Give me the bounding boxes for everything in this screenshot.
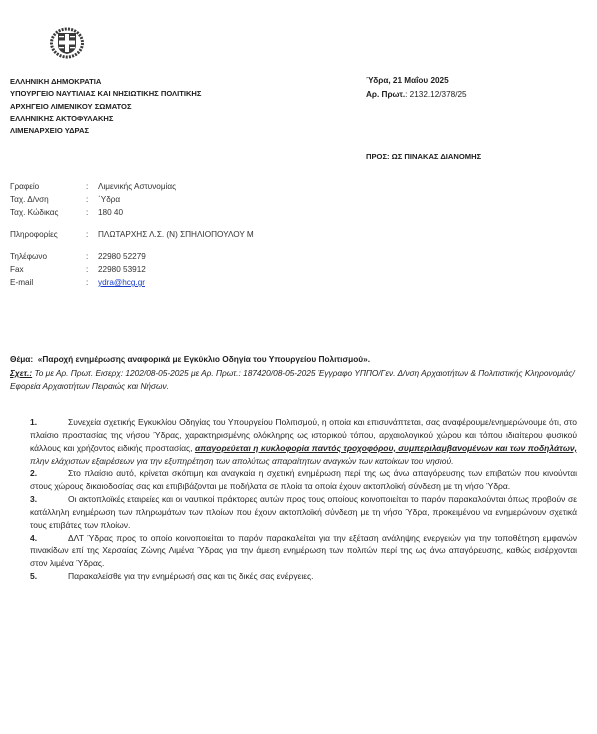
info-label: Πληροφορίες	[10, 228, 86, 241]
subject-line: Θέμα: «Παροχή ενημέρωσης αναφορικά με Εγ…	[10, 353, 590, 367]
info-label: Ταχ. Δ/νση	[10, 193, 86, 206]
info-label: Ταχ. Κώδικας	[10, 206, 86, 219]
info-row-fax: Fax : 22980 53912	[10, 263, 254, 276]
info-label: Τηλέφωνο	[10, 250, 86, 263]
sender-line: ΕΛΛΗΝΙΚΗ ΔΗΜΟΚΡΑΤΙΑ	[10, 76, 201, 88]
info-row-office: Γραφείο : Λιμενικής Αστυνομίας	[10, 180, 254, 193]
paragraph-number: 5.	[30, 570, 68, 583]
paragraph-number: 3.	[30, 493, 68, 506]
info-row-phone: Τηλέφωνο : 22980 52279	[10, 250, 254, 263]
info-separator: :	[86, 228, 98, 241]
paragraph-5: 5.Παρακαλείσθε για την ενημέρωσή σας και…	[30, 570, 577, 583]
paragraph-emphasis: απαγορεύεται η κυκλοφορία παντός τροχοφό…	[195, 443, 577, 453]
paragraph-number: 2.	[30, 467, 68, 480]
paragraph-text-italic: πλην ελάχιστων εξαιρέσεων για την εξυπηρ…	[30, 456, 454, 466]
info-value: 22980 53912	[98, 263, 146, 276]
protocol-value: : 2132.12/378/25	[405, 90, 466, 99]
contact-info: Γραφείο : Λιμενικής Αστυνομίας Ταχ. Δ/νσ…	[10, 180, 254, 289]
sender-block: ΕΛΛΗΝΙΚΗ ΔΗΜΟΚΡΑΤΙΑ ΥΠΟΥΡΓΕΙΟ ΝΑΥΤΙΛΙΑΣ …	[10, 76, 201, 137]
info-value: ΠΛΩΤΑΡΧΗΣ Λ.Σ. (Ν) ΣΠΗΛΙΟΠΟΥΛΟΥ Μ	[98, 228, 254, 241]
paragraph-number: 1.	[30, 416, 68, 429]
info-label: E-mail	[10, 276, 86, 289]
info-separator: :	[86, 180, 98, 193]
paragraph-1: 1.Συνεχεία σχετικής Εγκυκλίου Οδηγίας το…	[30, 416, 577, 467]
info-row-address: Ταχ. Δ/νση : ΄Υδρα	[10, 193, 254, 206]
sender-line: ΛΙΜΕΝΑΡΧΕΙΟ ΥΔΡΑΣ	[10, 125, 201, 137]
paragraph-3: 3.Οι ακτοπλοϊκές εταιρείες και οι ναυτικ…	[30, 493, 577, 532]
document-date: Ύδρα, 21 Μαΐου 2025	[366, 74, 467, 88]
info-label: Γραφείο	[10, 180, 86, 193]
info-value: 22980 52279	[98, 250, 146, 263]
sender-line: ΥΠΟΥΡΓΕΙΟ ΝΑΥΤΙΛΙΑΣ ΚΑΙ ΝΗΣΙΩΤΙΚΗΣ ΠΟΛΙΤ…	[10, 88, 201, 100]
info-row-postal-code: Ταχ. Κώδικας : 180 40	[10, 206, 254, 219]
paragraph-4: 4.ΔΛΤ Ύδρας προς το οποίο κοινοποιείται …	[30, 532, 577, 571]
reference-label: Σχετ.:	[10, 368, 32, 378]
subject-text: «Παροχή ενημέρωσης αναφορικά με Εγκύκλιο…	[38, 354, 370, 364]
protocol-number: Αρ. Πρωτ.: 2132.12/378/25	[366, 88, 467, 102]
info-row-email: E-mail : ydra@hcg.gr	[10, 276, 254, 289]
date-block: Ύδρα, 21 Μαΐου 2025 Αρ. Πρωτ.: 2132.12/3…	[366, 74, 467, 101]
paragraph-2: 2.Στο πλαίσιο αυτό, κρίνεται σκόπιμη και…	[30, 467, 577, 493]
info-value: 180 40	[98, 206, 123, 219]
subject-block: Θέμα: «Παροχή ενημέρωσης αναφορικά με Εγ…	[10, 353, 590, 394]
paragraph-text: Στο πλαίσιο αυτό, κρίνεται σκόπιμη και α…	[30, 468, 577, 491]
paragraph-number: 4.	[30, 532, 68, 545]
subject-label: Θέμα	[10, 354, 30, 364]
info-value: Λιμενικής Αστυνομίας	[98, 180, 176, 193]
protocol-label: Αρ. Πρωτ.	[366, 90, 405, 99]
info-separator: :	[86, 276, 98, 289]
info-separator: :	[86, 250, 98, 263]
document-body: 1.Συνεχεία σχετικής Εγκυκλίου Οδηγίας το…	[30, 416, 577, 583]
info-separator: :	[86, 206, 98, 219]
info-value: ΄Υδρα	[98, 193, 120, 206]
greek-coat-of-arms-icon	[49, 26, 85, 60]
info-row-contact: Πληροφορίες : ΠΛΩΤΑΡΧΗΣ Λ.Σ. (Ν) ΣΠΗΛΙΟΠ…	[10, 228, 254, 241]
reference-text: Το με Αρ. Πρωτ. Εισερχ: 1202/08-05-2025 …	[10, 368, 575, 392]
paragraph-text: Παρακαλείσθε για την ενημέρωσή σας και τ…	[68, 571, 314, 581]
email-link[interactable]: ydra@hcg.gr	[98, 276, 145, 289]
info-separator: :	[86, 193, 98, 206]
sender-line: ΑΡΧΗΓΕΙΟ ΛΙΜΕΝΙΚΟΥ ΣΩΜΑΤΟΣ	[10, 101, 201, 113]
paragraph-text: ΔΛΤ Ύδρας προς το οποίο κοινοποιείται το…	[30, 533, 577, 569]
info-separator: :	[86, 263, 98, 276]
recipient-line: ΠΡΟΣ: ΩΣ ΠΙΝΑΚΑΣ ΔΙΑΝΟΜΗΣ	[366, 152, 481, 161]
reference-line: Σχετ.: Το με Αρ. Πρωτ. Εισερχ: 1202/08-0…	[10, 367, 590, 394]
sender-line: ΕΛΛΗΝΙΚΗΣ ΑΚΤΟΦΥΛΑΚΗΣ	[10, 113, 201, 125]
info-label: Fax	[10, 263, 86, 276]
paragraph-text: Οι ακτοπλοϊκές εταιρείες και οι ναυτικοί…	[30, 494, 577, 530]
